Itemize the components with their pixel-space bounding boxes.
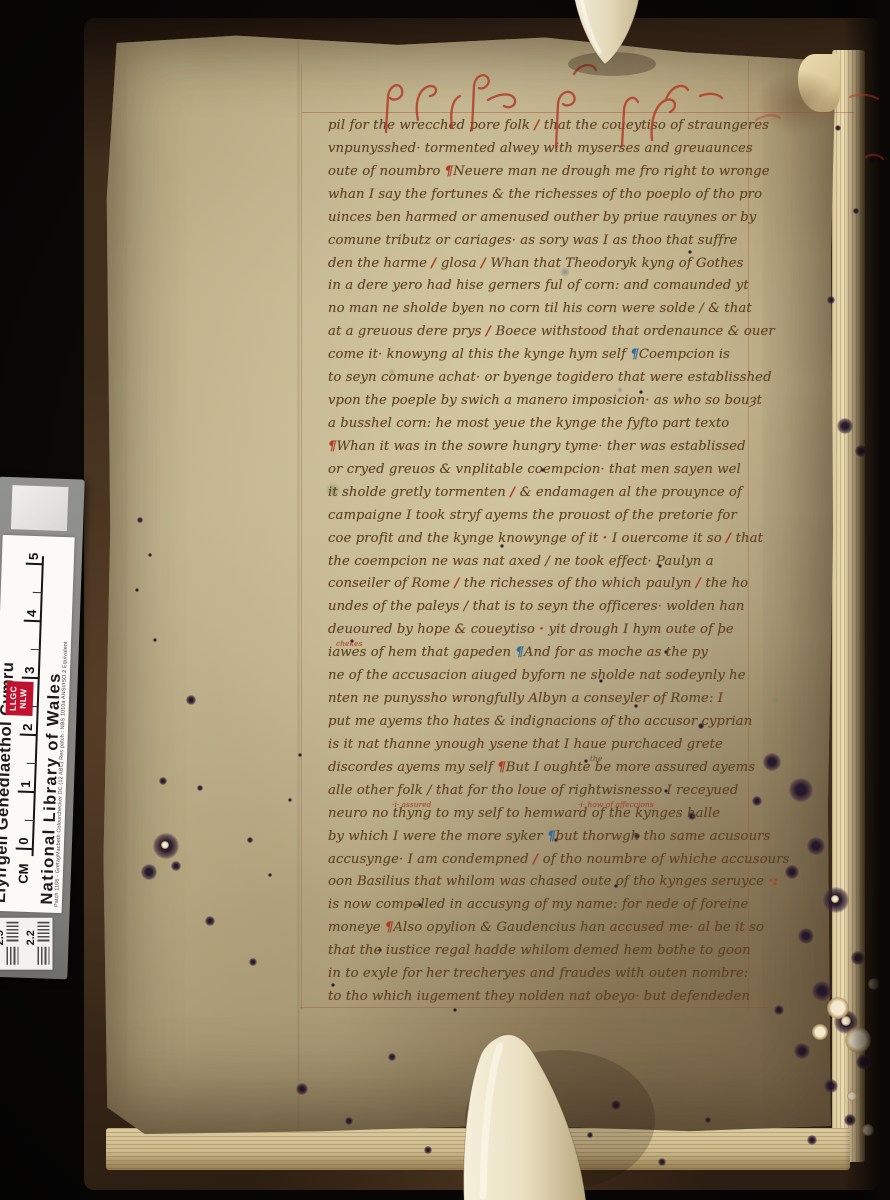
- ruler-tick-number: 1: [18, 780, 33, 788]
- manuscript-line: come it· knowyng al this the kynge hym s…: [328, 347, 776, 370]
- ruler-minor-tick: [25, 820, 34, 822]
- manuscript-line: or cryed greuos & vnplitable coempcion· …: [328, 462, 776, 485]
- manuscript-line: nten ne punyssho wrongfully Albyn a cons…: [328, 691, 776, 714]
- manuscript-line: a busshel corn: he most yeue the kynge t…: [328, 416, 776, 439]
- manuscript-text-block: pil for the wrecched pore folk / that th…: [328, 118, 776, 1012]
- parchment-spot: [159, 777, 167, 785]
- calibration-white-patch: [11, 485, 69, 531]
- manuscript-line: comune tributz or cariages· as sory was …: [328, 233, 776, 256]
- ruler-unit-label: CM: [16, 863, 32, 884]
- parchment-spot: [205, 916, 215, 926]
- parchment-spot: [798, 928, 814, 944]
- parchment-spot: [705, 1117, 711, 1123]
- parchment-spot: [249, 958, 257, 966]
- ruler-tick-number: 0: [16, 837, 31, 845]
- ruler-minor-tick: [27, 763, 36, 765]
- parchment-spot: [137, 517, 143, 523]
- resolution-patches: 2.52.2: [0, 918, 52, 970]
- manuscript-line: oon Basilius that whilom was chased oute…: [328, 874, 776, 897]
- parchment-spot: [587, 1132, 593, 1138]
- parchment-spot: [794, 1043, 810, 1059]
- ruler-tick-number: 4: [24, 609, 39, 617]
- manuscript-line: put me ayems tho hates & indignacions of…: [328, 714, 776, 737]
- manuscript-line: coe profit and the kynge knowynge of it …: [328, 531, 776, 554]
- ruler-tick: [24, 620, 41, 623]
- parchment-spot: [345, 1117, 353, 1125]
- parchment-spot: [807, 837, 825, 855]
- manuscript-line: undes of the paleys / that is to seyn th…: [328, 599, 776, 622]
- manuscript-line: vnpunysshed· tormented alwey with mysers…: [328, 141, 776, 164]
- parchment-spot: [186, 695, 196, 705]
- parchment-spot: [812, 981, 832, 1001]
- manuscript-line: campaigne I took stryf ayems the prouost…: [328, 508, 776, 531]
- manuscript-line: is it nat thanne ynough ysene that I hau…: [328, 737, 776, 760]
- parchment-spot: [153, 638, 157, 642]
- parchment-spot: [827, 296, 835, 304]
- parchment-spot: [789, 778, 813, 802]
- interlinear-gloss: the: [590, 754, 602, 763]
- manuscript-line: vpon the poeple by swich a manero imposi…: [328, 393, 776, 416]
- parchment-spot: [268, 873, 272, 877]
- manuscript-line: thediscordes ayems my self ¶But I oughte…: [328, 760, 776, 783]
- manuscript-line: ne of the accusacion aiuged byforn ne sh…: [328, 668, 776, 691]
- library-scale-label: Llyfrgell Genedlaethol Cymru National Li…: [0, 535, 75, 913]
- manuscript-line: chekesiawes of hem that gapeden ¶And for…: [328, 645, 776, 668]
- parchment-spot: [298, 753, 302, 757]
- interlinear-gloss: ·i· assured: [392, 800, 431, 809]
- parchment-spot: [424, 1146, 432, 1154]
- manuscript-line: den the harme / glosa / Whan that Theodo…: [328, 256, 776, 279]
- photo-stage: pil for the wrecched pore folk / that th…: [0, 0, 890, 1200]
- manuscript-line: in to exyle for her trecheryes and fraud…: [328, 966, 776, 989]
- interlinear-gloss: chekes: [336, 639, 362, 648]
- manuscript-line: whan I say the fortunes & the richesses …: [328, 187, 776, 210]
- manuscript-line: to tho which iugement they nolden nat ob…: [328, 989, 776, 1012]
- manuscript-line: is now compelled in accusyng of my name:…: [328, 897, 776, 920]
- parchment-spot: [141, 864, 157, 880]
- manuscript-line: no man ne sholde byen no corn til his co…: [328, 301, 776, 324]
- parchment-spot: [296, 1083, 308, 1095]
- ruling-line-top: [302, 112, 854, 113]
- parchment-spot: [785, 865, 799, 879]
- parchment-spot: [812, 1024, 828, 1040]
- manuscript-line: to seyn comune achat· or byenge togidero…: [328, 370, 776, 393]
- manuscript-line: in a dere yero had hise gerners ful of c…: [328, 278, 776, 301]
- ruler-tick: [20, 734, 37, 737]
- resolution-patch: 2.2: [21, 918, 52, 970]
- parchment-crease: [297, 40, 300, 1130]
- ruler-tick: [16, 847, 33, 850]
- manuscript-line: that the iustice regal hadde whilom deme…: [328, 943, 776, 966]
- manuscript-line: uinces ben harmed or amenused outher by …: [328, 210, 776, 233]
- ruler-tick: [26, 563, 43, 566]
- parchment-spot: [831, 895, 839, 903]
- manuscript-line: ·i· assured·i· how of affeccionsneuro no…: [328, 806, 776, 829]
- parchment-spot: [197, 785, 203, 791]
- parchment-spot: [247, 837, 253, 843]
- ruler-tick-number: 5: [26, 552, 41, 560]
- parchment-spot: [611, 1100, 621, 1110]
- resolution-patch: 2.5: [0, 918, 21, 970]
- parchment-spot: [148, 553, 152, 557]
- parchment-spot: [658, 1158, 666, 1166]
- ruling-line-left: [301, 64, 302, 1009]
- parchment-spot: [288, 798, 292, 802]
- ruler-tick-number: 2: [20, 723, 35, 731]
- parchment-spot: [835, 125, 841, 131]
- manuscript-line: oute of noumbro ¶Neuere man ne drough me…: [328, 164, 776, 187]
- ruler-tick: [18, 791, 35, 794]
- nlw-logo: LLGC NLW: [5, 681, 33, 716]
- manuscript-line: at a greuous dere prys / Boece withstood…: [328, 324, 776, 347]
- manuscript-line: deuoured by hope & coueytiso · yit droug…: [328, 622, 776, 645]
- gutter-shadow: [844, 0, 890, 1200]
- manuscript-line: accusynge· I am condempned / of tho noum…: [328, 852, 776, 875]
- interlinear-gloss: ·i· how of affeccions: [578, 800, 654, 809]
- page-stack-bottom-edge: [106, 1128, 850, 1170]
- parchment-spot: [388, 1053, 396, 1061]
- manuscript-line: the coempcion ne was nat axed / ne took …: [328, 554, 776, 577]
- ruler-tick: [22, 677, 39, 680]
- manuscript-line: moneye ¶Also opylion & Gaudencius han ac…: [328, 920, 776, 943]
- parchment-spot: [171, 861, 181, 871]
- parchment-spot: [807, 1135, 817, 1145]
- parchment-spot: [824, 1079, 838, 1093]
- parchment-spot: [135, 588, 139, 592]
- ruler-minor-tick: [31, 649, 40, 651]
- ruler-minor-tick: [33, 592, 42, 594]
- manuscript-line: ¶Whan it was in the sowre hungry tyme· t…: [328, 439, 776, 462]
- ruler-tick-number: 3: [22, 666, 37, 674]
- calibration-scale-card: Llyfrgell Genedlaethol Cymru National Li…: [0, 477, 85, 980]
- manuscript-line: pil for the wrecched pore folk / that th…: [328, 118, 776, 141]
- manuscript-line: conseiler of Rome / the richesses of tho…: [328, 576, 776, 599]
- manuscript-line: it sholde gretly tormenten / & endamagen…: [328, 485, 776, 508]
- manuscript-line: by which I were the more syker ¶but thor…: [328, 829, 776, 852]
- parchment-spot: [161, 841, 169, 849]
